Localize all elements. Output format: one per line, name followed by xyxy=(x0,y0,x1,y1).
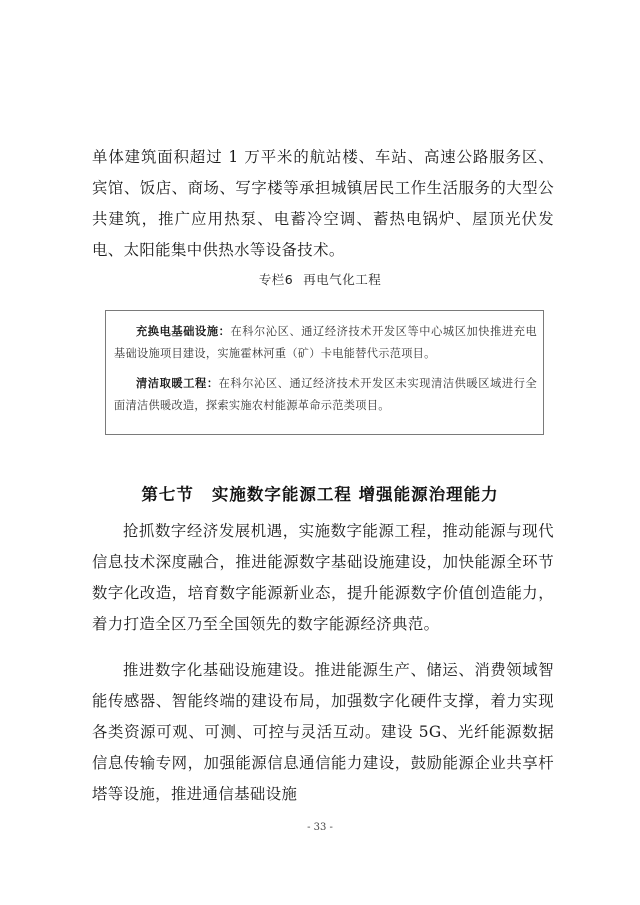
column-item: 充换电基础设施：在科尔沁区、通辽经济技术开发区等中心城区加快推进充电基础设施项目… xyxy=(114,321,537,365)
body-paragraph: 推进数字化基础设施建设。推进能源生产、储运、消费领域智能传感器、智能终端的建设布… xyxy=(92,655,554,810)
section-title: 实施数字能源工程 增强能源治理能力 xyxy=(212,485,499,504)
column-box: 充换电基础设施：在科尔沁区、通辽经济技术开发区等中心城区加快推进充电基础设施项目… xyxy=(105,310,544,435)
column-item-label: 充换电基础设施： xyxy=(136,325,230,338)
section-number: 第七节 xyxy=(141,485,194,504)
column-item: 清洁取暖工程：在科尔沁区、通辽经济技术开发区未实现清洁供暖区域进行全面清洁供暖改… xyxy=(114,373,537,417)
intro-paragraph: 单体建筑面积超过 1 万平米的航站楼、车站、高速公路服务区、宾馆、饭店、商场、写… xyxy=(92,142,554,266)
column-item-label: 清洁取暖工程： xyxy=(136,377,219,390)
document-page: 单体建筑面积超过 1 万平米的航站楼、车站、高速公路服务区、宾馆、饭店、商场、写… xyxy=(0,0,640,905)
page-number: - 33 - xyxy=(0,822,640,833)
section-heading: 第七节实施数字能源工程 增强能源治理能力 xyxy=(0,481,640,505)
column-caption-title: 再电气化工程 xyxy=(303,272,381,287)
body-paragraph: 抢抓数字经济发展机遇，实施数字能源工程，推动能源与现代信息技术深度融合，推进能源… xyxy=(92,516,554,640)
column-caption-number: 专栏6 xyxy=(259,272,293,287)
column-caption: 专栏6再电气化工程 xyxy=(0,270,640,288)
